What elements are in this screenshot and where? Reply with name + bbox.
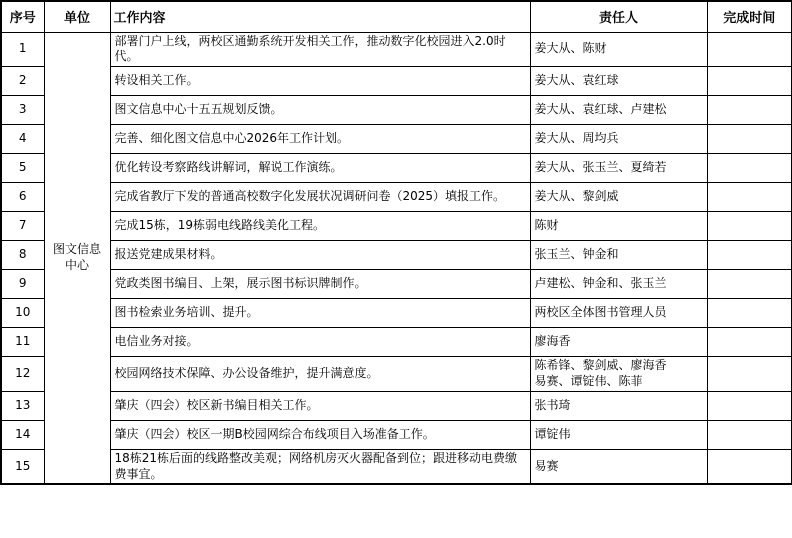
completion-time-cell	[707, 449, 792, 484]
table-row: 1518栋21栋后面的线路整改美观；网络机房灭火器配备到位；跟进移动电费缴费事宜…	[1, 449, 792, 484]
table-row: 9党政类图书编目、上架，展示图书标识牌制作。卢建松、钟金和、张玉兰	[1, 270, 792, 299]
work-content-cell: 完成省教厅下发的普通高校数字化发展状况调研问卷（2025）填报工作。	[110, 183, 530, 212]
completion-time-cell	[707, 241, 792, 270]
row-number-cell: 11	[1, 328, 44, 357]
completion-time-cell	[707, 357, 792, 392]
responsible-person-cell: 姜大从、袁红球	[530, 67, 707, 96]
row-number-cell: 4	[1, 125, 44, 154]
responsible-person-cell: 陈财	[530, 212, 707, 241]
header-row: 序号 单位 工作内容 责任人 完成时间	[1, 1, 792, 32]
unit-merged-cell: 图文信息 中心	[44, 32, 110, 484]
row-number-cell: 15	[1, 449, 44, 484]
responsible-person-cell: 姜大从、陈财	[530, 32, 707, 67]
work-content-cell: 完善、细化图文信息中心2026年工作计划。	[110, 125, 530, 154]
document-page: 序号 单位 工作内容 责任人 完成时间 1图文信息 中心部署门户上线，两校区通勤…	[0, 0, 792, 538]
work-content-cell: 党政类图书编目、上架，展示图书标识牌制作。	[110, 270, 530, 299]
row-number-cell: 5	[1, 154, 44, 183]
responsible-person-cell: 卢建松、钟金和、张玉兰	[530, 270, 707, 299]
work-content-cell: 图文信息中心十五五规划反馈。	[110, 96, 530, 125]
row-number-cell: 13	[1, 391, 44, 420]
work-content-cell: 电信业务对接。	[110, 328, 530, 357]
row-number-cell: 3	[1, 96, 44, 125]
work-content-cell: 肇庆（四会）校区一期B校园网综合布线项目入场准备工作。	[110, 420, 530, 449]
work-content-cell: 图书检索业务培训、提升。	[110, 299, 530, 328]
table-header: 序号 单位 工作内容 责任人 完成时间	[1, 1, 792, 32]
responsible-person-cell: 廖海香	[530, 328, 707, 357]
column-header-no: 序号	[1, 1, 44, 32]
table-row: 14肇庆（四会）校区一期B校园网综合布线项目入场准备工作。谭锭伟	[1, 420, 792, 449]
responsible-person-cell: 姜大从、黎剑威	[530, 183, 707, 212]
completion-time-cell	[707, 154, 792, 183]
completion-time-cell	[707, 67, 792, 96]
responsible-person-cell: 姜大从、张玉兰、夏绮若	[530, 154, 707, 183]
work-content-cell: 肇庆（四会）校区新书编目相关工作。	[110, 391, 530, 420]
row-number-cell: 12	[1, 357, 44, 392]
table-body: 1图文信息 中心部署门户上线，两校区通勤系统开发相关工作，推动数字化校园进入2.…	[1, 32, 792, 484]
responsible-person-cell: 谭锭伟	[530, 420, 707, 449]
table-row: 1图文信息 中心部署门户上线，两校区通勤系统开发相关工作，推动数字化校园进入2.…	[1, 32, 792, 67]
responsible-person-cell: 易赛	[530, 449, 707, 484]
work-content-cell: 校园网络技术保障、办公设备维护，提升满意度。	[110, 357, 530, 392]
row-number-cell: 2	[1, 67, 44, 96]
work-plan-table: 序号 单位 工作内容 责任人 完成时间 1图文信息 中心部署门户上线，两校区通勤…	[0, 0, 792, 485]
completion-time-cell	[707, 391, 792, 420]
table-row: 6完成省教厅下发的普通高校数字化发展状况调研问卷（2025）填报工作。姜大从、黎…	[1, 183, 792, 212]
work-content-cell: 报送党建成果材料。	[110, 241, 530, 270]
table-row: 5优化转设考察路线讲解词，解说工作演练。姜大从、张玉兰、夏绮若	[1, 154, 792, 183]
table-row: 7完成15栋，19栋弱电线路线美化工程。陈财	[1, 212, 792, 241]
column-header-deadline: 完成时间	[707, 1, 792, 32]
completion-time-cell	[707, 183, 792, 212]
completion-time-cell	[707, 32, 792, 67]
responsible-person-cell: 姜大从、周均兵	[530, 125, 707, 154]
work-content-cell: 完成15栋，19栋弱电线路线美化工程。	[110, 212, 530, 241]
row-number-cell: 7	[1, 212, 44, 241]
row-number-cell: 9	[1, 270, 44, 299]
row-number-cell: 8	[1, 241, 44, 270]
completion-time-cell	[707, 212, 792, 241]
column-header-person: 责任人	[530, 1, 707, 32]
row-number-cell: 6	[1, 183, 44, 212]
work-content-cell: 优化转设考察路线讲解词，解说工作演练。	[110, 154, 530, 183]
table-row: 8报送党建成果材料。张玉兰、钟金和	[1, 241, 792, 270]
table-row: 3图文信息中心十五五规划反馈。姜大从、袁红球、卢建松	[1, 96, 792, 125]
column-header-unit: 单位	[44, 1, 110, 32]
work-content-cell: 转设相关工作。	[110, 67, 530, 96]
completion-time-cell	[707, 299, 792, 328]
completion-time-cell	[707, 420, 792, 449]
completion-time-cell	[707, 125, 792, 154]
row-number-cell: 10	[1, 299, 44, 328]
responsible-person-cell: 张玉兰、钟金和	[530, 241, 707, 270]
work-content-cell: 部署门户上线，两校区通勤系统开发相关工作，推动数字化校园进入2.0时代。	[110, 32, 530, 67]
completion-time-cell	[707, 328, 792, 357]
work-content-cell: 18栋21栋后面的线路整改美观；网络机房灭火器配备到位；跟进移动电费缴费事宜。	[110, 449, 530, 484]
table-row: 11电信业务对接。廖海香	[1, 328, 792, 357]
table-row: 2转设相关工作。姜大从、袁红球	[1, 67, 792, 96]
column-header-content: 工作内容	[110, 1, 530, 32]
row-number-cell: 1	[1, 32, 44, 67]
responsible-person-cell: 两校区全体图书管理人员	[530, 299, 707, 328]
completion-time-cell	[707, 270, 792, 299]
table-row: 4完善、细化图文信息中心2026年工作计划。姜大从、周均兵	[1, 125, 792, 154]
row-number-cell: 14	[1, 420, 44, 449]
responsible-person-cell: 姜大从、袁红球、卢建松	[530, 96, 707, 125]
table-row: 12校园网络技术保障、办公设备维护，提升满意度。陈希锋、黎剑威、廖海香 易赛、谭…	[1, 357, 792, 392]
responsible-person-cell: 陈希锋、黎剑威、廖海香 易赛、谭锭伟、陈菲	[530, 357, 707, 392]
table-row: 10图书检索业务培训、提升。两校区全体图书管理人员	[1, 299, 792, 328]
table-row: 13肇庆（四会）校区新书编目相关工作。张书琦	[1, 391, 792, 420]
responsible-person-cell: 张书琦	[530, 391, 707, 420]
completion-time-cell	[707, 96, 792, 125]
